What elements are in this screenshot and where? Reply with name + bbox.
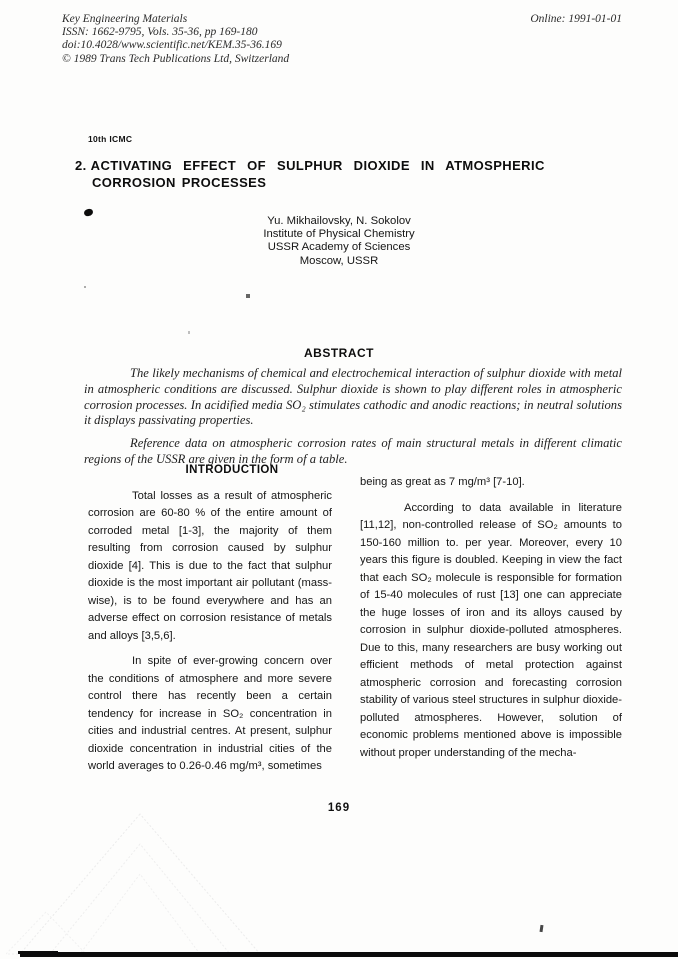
title-text-1: ACTIVATING EFFECT OF SULPHUR DIOXIDE IN … xyxy=(91,158,545,173)
conference-tag: 10th ICMC xyxy=(88,134,132,144)
scan-edge-bar xyxy=(20,952,678,957)
right-column: being as great as 7 mg/m³ [7-10]. Accord… xyxy=(360,462,622,776)
author-names: Yu. Mikhailovsky, N. Sokolov xyxy=(189,215,489,228)
scan-speck xyxy=(246,294,250,298)
abstract-heading: ABSTRACT xyxy=(0,346,678,360)
scan-speck xyxy=(540,925,544,932)
publication-info: Key Engineering Materials ISSN: 1662-979… xyxy=(62,13,289,66)
scan-speck xyxy=(84,286,86,288)
body-paragraph: being as great as 7 mg/m³ [7-10]. xyxy=(360,474,622,492)
issn-line: ISSN: 1662-9795, Vols. 35-36, pp 169-180 xyxy=(62,26,289,39)
body-paragraph: Total losses as a result of atmos­pheric… xyxy=(88,488,332,646)
title-number: 2. xyxy=(75,158,87,173)
title-line-1: 2.ACTIVATING EFFECT OF SULPHUR DIOXIDE I… xyxy=(75,158,505,175)
online-date: Online: 1991-01-01 xyxy=(530,13,622,25)
introduction-heading: INTRODUCTION xyxy=(88,462,332,480)
doi-line: doi:10.4028/www.scientific.net/KEM.35-36… xyxy=(62,39,289,52)
page-header: Key Engineering Materials ISSN: 1662-979… xyxy=(62,13,622,66)
ink-blot xyxy=(83,208,93,217)
author-affiliation: Institute of Physical Chemistry xyxy=(189,228,489,241)
author-city: Moscow, USSR xyxy=(189,255,489,268)
watermark-triangles xyxy=(6,812,286,957)
title-line-2: CORROSION PROCESSES xyxy=(75,175,505,192)
body-paragraph: In spite of ever-growing concern over th… xyxy=(88,653,332,776)
abstract-body: The likely mechanisms of chemical and el… xyxy=(84,366,622,468)
scan-speck xyxy=(188,331,190,334)
paper-title: 2.ACTIVATING EFFECT OF SULPHUR DIOXIDE I… xyxy=(75,158,505,191)
paper-page: Key Engineering Materials ISSN: 1662-979… xyxy=(0,0,678,959)
copyright-line: © 1989 Trans Tech Publications Ltd, Swit… xyxy=(62,53,289,66)
author-academy: USSR Academy of Sciences xyxy=(189,241,489,254)
left-column: INTRODUCTION Total losses as a result of… xyxy=(88,462,332,776)
body-paragraph: According to data available in literatur… xyxy=(360,500,622,763)
author-block: Yu. Mikhailovsky, N. Sokolov Institute o… xyxy=(189,215,489,268)
abstract-paragraph: The likely mechanisms of chemical and el… xyxy=(84,366,622,429)
journal-name: Key Engineering Materials xyxy=(62,13,289,26)
body-columns: INTRODUCTION Total losses as a result of… xyxy=(88,462,622,776)
